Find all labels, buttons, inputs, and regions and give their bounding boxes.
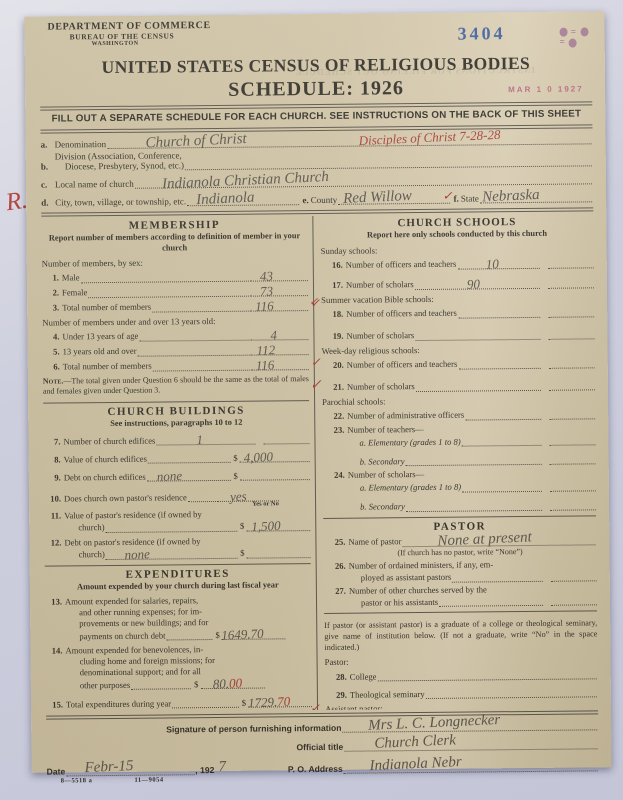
- answer-line: 4: [250, 328, 308, 341]
- local-name-field: Indianola Christian Church: [135, 172, 592, 188]
- form-row: 2.Female 73: [42, 284, 308, 299]
- identification-block: a. Denomination Church of Christ Discipl…: [41, 132, 594, 216]
- handwritten-value: 4: [270, 328, 277, 341]
- form-row: 16.Number of officers and teachers 10: [321, 256, 594, 271]
- answer-line: 73: [250, 284, 308, 297]
- handwritten-year-digit: 7: [218, 760, 226, 775]
- form-row: a. Elementary (grades 1 to 8): [322, 434, 595, 449]
- form-row: 19.Number of scholars: [321, 327, 594, 342]
- red-checkmark-icon: ✓: [310, 376, 322, 394]
- form-row: 1.Male 43: [42, 269, 308, 284]
- date-field: Febr-15: [66, 763, 194, 776]
- form-row: 28.College: [325, 668, 598, 683]
- handwritten-value: yes: [230, 490, 247, 504]
- handwritten-value: 80.00: [213, 677, 243, 691]
- field-label: City, town, village, or township, etc.: [55, 196, 186, 207]
- form-row: a. Elementary (grades 1 to 8): [323, 479, 596, 494]
- graduate-section: If pastor (or assistant pastor) is a gra…: [324, 611, 598, 713]
- field-label: Division (Association, Conference,Dioces…: [55, 150, 184, 171]
- expenditures-subtitle: Amount expended by your church during la…: [45, 580, 311, 593]
- official-title-label: Official title: [296, 742, 343, 752]
- po-address-field: Indianola Nebr: [344, 759, 598, 773]
- answer-line: 1729.70 ✓: [248, 695, 312, 708]
- handwritten-signature: Mrs L. C. Longnecker: [368, 713, 501, 734]
- form-row: 7.Number of church edifices 1: [43, 432, 309, 447]
- red-checkmark-icon: ✓: [442, 189, 452, 204]
- handwritten-value: 1: [196, 433, 203, 446]
- po-address-label: P. O. Address: [288, 764, 343, 775]
- field-label: Local name of church: [55, 179, 134, 190]
- form-row: b. Secondary: [323, 498, 596, 513]
- group-label: Week-day religious schools:: [322, 343, 595, 356]
- handwritten-value: 4,000: [244, 450, 274, 464]
- form-row: 15.Total expenditures during year $ 1729…: [46, 695, 312, 710]
- official-title-field: Church Clerk: [344, 737, 597, 751]
- handwritten-value: Indianola Nebr: [369, 755, 462, 774]
- form-row: 9.Debt on church edifices none $: [44, 468, 310, 483]
- church-buildings-section: CHURCH BUILDINGS See instructions, parag…: [43, 400, 311, 561]
- form-number: 8—5518 a: [61, 777, 93, 784]
- handwritten-value: 1,500: [251, 519, 281, 533]
- signature-label: Signature of person furnishing informati…: [166, 723, 341, 735]
- church-buildings-title: CHURCH BUILDINGS: [43, 404, 309, 419]
- handwritten-value: none: [156, 469, 182, 483]
- membership-subtitle: Report number of members according to de…: [41, 231, 307, 255]
- form-row: 4.Under 13 years of age 4: [42, 328, 308, 343]
- yes-or-no-caption: Yes or No: [252, 501, 279, 509]
- handwritten-value: 73: [260, 284, 274, 298]
- form-row: 20.Number of officers and teachers: [322, 356, 595, 371]
- form-row: 17.Number of scholars 90: [321, 276, 594, 291]
- answer-line: 116✓: [250, 299, 308, 312]
- census-form-paper: INSTRUCTIONS FOR FILLING OUT SCHEDULE DE…: [24, 11, 611, 773]
- group-label: Number of members, by sex:: [42, 256, 308, 269]
- state-field: Nebraska: [480, 190, 592, 203]
- form-row: 8.Value of church edifices $ 4,000: [44, 450, 310, 465]
- form-number: 11—9054: [134, 776, 163, 783]
- purple-stamp-icon: = =: [560, 26, 592, 47]
- form-row: 10.Does church own pastor's residence ye…: [44, 489, 310, 504]
- answer-line: 80.00: [200, 677, 264, 690]
- form-row: c. Local name of church Indianola Christ…: [41, 172, 593, 189]
- handwritten-value: Nebraska: [482, 188, 540, 206]
- answer-line: yes Yes or No: [217, 490, 279, 503]
- instruction-banner: FILL OUT A SEPARATE SCHEDULE FOR EACH CH…: [40, 107, 592, 126]
- handwritten-value: 43: [260, 269, 274, 283]
- membership-title: MEMBERSHIP: [41, 218, 307, 233]
- left-column: MEMBERSHIP Report number of members acco…: [41, 216, 317, 713]
- handwritten-value: Red Willow: [342, 189, 411, 207]
- handwritten-value: 112: [256, 343, 275, 357]
- handwritten-value-red: Disciples of Christ 7-28-28: [359, 128, 501, 147]
- footer: Signature of person furnishing informati…: [46, 718, 599, 784]
- group-label: Sunday schools:: [321, 243, 594, 256]
- answer-line: [246, 546, 310, 559]
- answer-line: [240, 468, 310, 481]
- header: INSTRUCTIONS FOR FILLING OUT SCHEDULE DE…: [39, 16, 592, 133]
- date-label: Date: [47, 766, 66, 776]
- form-row: payments on church debt $ 1649.70: [45, 627, 311, 642]
- church-schools-subtitle: Report here only schools conducted by th…: [320, 228, 593, 241]
- serial-number-stamp: 3404: [457, 23, 505, 44]
- red-checkmark-icon: ✓: [310, 296, 320, 311]
- handwritten-value: 1729.70: [248, 695, 291, 710]
- red-checkmark-icon: ✓: [311, 355, 321, 370]
- form-row: other purposes $ 80.00: [46, 676, 312, 691]
- form-row: 5.13 years old and over 112: [43, 343, 309, 358]
- pastor-section: PASTOR 25.Name of pastor None at present…: [323, 515, 597, 608]
- form-row: church) none $: [44, 546, 310, 561]
- field-label: State: [461, 193, 479, 203]
- form-row: ✓ 21.Number of scholars: [322, 378, 595, 393]
- graduate-instruction: If pastor (or assistant pastor) is a gra…: [324, 619, 597, 654]
- membership-note: Note.—The total given under Question 6 s…: [43, 374, 309, 397]
- red-checkmark-icon: ✓: [310, 701, 320, 712]
- received-date-stamp: MAR 1 0 1927: [508, 84, 584, 94]
- city-field: Indianola: [187, 193, 299, 206]
- form-row: 18.Number of officers and teachers: [321, 305, 594, 320]
- field-label: County: [311, 195, 338, 205]
- division-field: [185, 154, 592, 170]
- handwritten-value: Febr-15: [84, 759, 133, 776]
- county-field: Red Willow ✓: [338, 192, 450, 205]
- handwritten-value: 1649.70: [222, 627, 265, 642]
- form-row: 29.Theological seminary: [325, 686, 598, 701]
- group-label: Number of members under and over 13 year…: [42, 315, 308, 328]
- answer-line: 1,500: [246, 519, 310, 532]
- form-row: 6.Total number of members 116✓: [43, 358, 309, 373]
- answer-line: 1649.70: [222, 628, 286, 641]
- answer-line: 116✓: [251, 358, 309, 371]
- scanned-census-form: { "hdr": { "dept": "DEPARTMENT OF COMMER…: [0, 0, 623, 800]
- handwritten-value: none: [124, 547, 150, 561]
- form-row: d. City, town, village, or township, etc…: [41, 190, 593, 207]
- group-label: ✓ Summer vacation Bible schools:: [321, 292, 594, 305]
- handwritten-value: Church of Christ: [146, 132, 248, 151]
- form-row: 22.Number of administrative officers: [322, 407, 595, 422]
- answer-line: 4,000: [240, 450, 310, 463]
- handwritten-value: Church Clerk: [374, 733, 456, 752]
- handwritten-value: 116: [255, 358, 274, 372]
- form-row: b. Secondary: [323, 453, 596, 468]
- signature-field: Mrs L. C. Longnecker: [342, 718, 597, 732]
- handwritten-value: 116: [255, 299, 274, 313]
- answer-line: 43: [250, 269, 308, 282]
- field-label: Denomination: [55, 139, 107, 149]
- group-label: Parochial schools:: [322, 394, 595, 407]
- pastor-label: Pastor:: [325, 655, 598, 668]
- expenditures-section: EXPENDITURES Amount expended by your chu…: [45, 563, 312, 710]
- handwritten-value: Indianola: [196, 191, 255, 209]
- church-buildings-subtitle: See instructions, paragraphs 10 to 12: [43, 417, 309, 430]
- handwritten-value: 90: [467, 277, 481, 291]
- right-column: CHURCH SCHOOLS Report here only schools …: [312, 213, 598, 710]
- form-row: b. Division (Association, Conference,Dio…: [41, 146, 593, 171]
- expenditures-title: EXPENDITURES: [45, 567, 311, 582]
- handwritten-value: 10: [486, 257, 500, 271]
- answer-line: 112: [251, 343, 309, 356]
- form-row: 3.Total number of members 116✓: [42, 299, 308, 314]
